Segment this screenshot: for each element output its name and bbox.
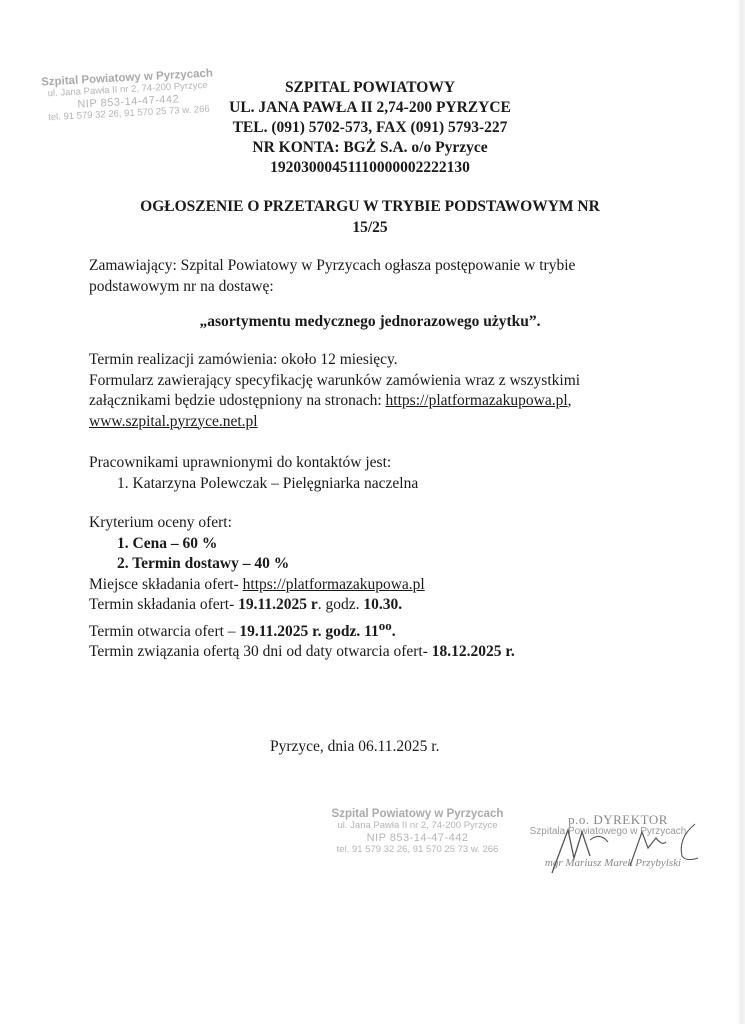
letterhead-account: 19203000451110000002222130 — [190, 158, 550, 178]
realization-term: Termin realizacji zamówienia: około 12 m… — [89, 350, 659, 371]
submission-platform-link[interactable]: https://platformazakupowa.pl — [243, 576, 425, 593]
binding-date: 18.12.2025 r. — [432, 643, 515, 660]
submit-date: 19.11.2025 r — [238, 596, 318, 613]
signature-icon — [530, 818, 700, 878]
contacts-section: Pracownikami uprawnionymi do kontaktów j… — [89, 453, 659, 494]
criteria-label: Kryterium oceny ofert: — [89, 513, 659, 534]
notice-title: OGŁOSZENIE O PRZETARGU W TRYBIE PODSTAWO… — [90, 196, 650, 238]
submit-label: Termin składania ofert- — [89, 596, 238, 613]
submit-mid: . godz. — [318, 596, 364, 613]
criterion-price: 1. Cena – 60 % — [89, 534, 659, 555]
platform-link[interactable]: https://platformazakupowa.pl — [386, 392, 568, 409]
hospital-stamp-bottom: Szpital Powiatowy w Pyrzycach ul. Jana P… — [330, 808, 505, 856]
notice-title-line1: OGŁOSZENIE O PRZETARGU W TRYBIE PODSTAWO… — [90, 196, 650, 217]
tender-subject: „asortymentu medycznego jednorazowego uż… — [90, 313, 650, 331]
open-value: 19.11.2025 r. godz. 11 — [239, 623, 378, 640]
open-label: Termin otwarcia ofert – — [89, 623, 239, 640]
submission-place: Miejsce składania ofert- https://platfor… — [89, 575, 659, 596]
intro-line1: Zamawiający: Szpital Powiatowy w Pyrzyca… — [89, 256, 659, 277]
comma: , — [568, 392, 572, 409]
hospital-website-link[interactable]: www.szpital.pyrzyce.net.pl — [89, 413, 258, 430]
letterhead-name: SZPITAL POWIATOWY — [190, 78, 550, 98]
letterhead-bank: NR KONTA: BGŻ S.A. o/o Pyrzyce — [190, 138, 550, 158]
contacts-label: Pracownikami uprawnionymi do kontaktów j… — [89, 453, 659, 474]
place-and-date: Pyrzyce, dnia 06.11.2025 r. — [270, 738, 439, 756]
letterhead-phone: TEL. (091) 5702-573, FAX (091) 5793-227 — [190, 118, 550, 138]
letterhead-address: UL. JANA PAWŁA II 2,74-200 PYRZYCE — [190, 98, 550, 118]
terms-paragraph: Termin realizacji zamówienia: około 12 m… — [89, 350, 659, 432]
scan-edge-shadow — [737, 0, 745, 1024]
stamp-phone: tel. 91 579 32 26, 91 570 25 73 w. 266 — [330, 845, 505, 856]
intro-paragraph: Zamawiający: Szpital Powiatowy w Pyrzyca… — [89, 256, 659, 297]
letterhead: SZPITAL POWIATOWY UL. JANA PAWŁA II 2,74… — [190, 78, 550, 178]
open-end: . — [392, 623, 396, 640]
binding-label: Termin związania ofertą 30 dni od daty o… — [89, 643, 432, 660]
stamp-address: ul. Jana Pawła II nr 2, 74-200 Pyrzyce — [330, 821, 505, 832]
stamp-nip: NIP 853-14-47-442 — [330, 832, 505, 845]
contact-item: 1. Katarzyna Polewczak – Pielęgniarka na… — [89, 474, 659, 495]
form-line2: załącznikami będzie udostępniony na stro… — [89, 391, 659, 412]
binding-period: Termin związania ofertą 30 dni od daty o… — [89, 642, 659, 663]
criteria-section: Kryterium oceny ofert: 1. Cena – 60 % 2.… — [89, 513, 659, 663]
intro-line2: podstawowym nr na dostawę: — [89, 277, 659, 298]
form-line2-text: załącznikami będzie udostępniony na stro… — [89, 392, 386, 409]
opening-date: Termin otwarcia ofert – 19.11.2025 r. go… — [89, 616, 659, 643]
submission-deadline: Termin składania ofert- 19.11.2025 r. go… — [89, 595, 659, 616]
notice-number: 15/25 — [90, 217, 650, 238]
open-sup: oo — [379, 618, 392, 633]
form-line1: Formularz zawierający specyfikację warun… — [89, 371, 659, 392]
submit-time: 10.30. — [363, 596, 402, 613]
criterion-delivery: 2. Termin dostawy – 40 % — [89, 554, 659, 575]
place-label: Miejsce składania ofert- — [89, 576, 243, 593]
